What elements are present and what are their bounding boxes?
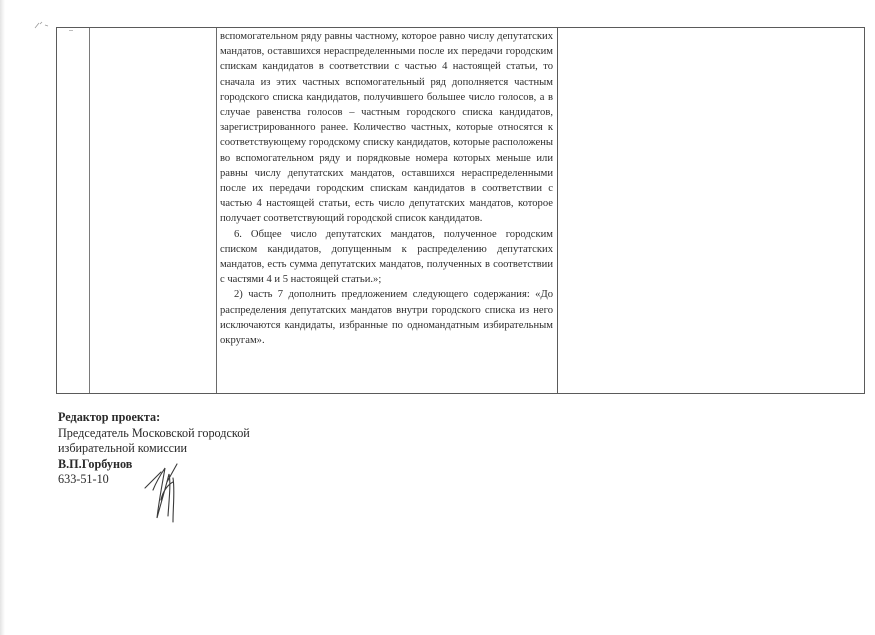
table-column-current-text	[90, 28, 217, 393]
editor-heading: Редактор проекта:	[58, 410, 250, 426]
pencil-mark-icon	[34, 20, 54, 30]
scan-edge-shadow	[0, 0, 5, 635]
document-table: вспомогательном ряду равны частному, кот…	[56, 27, 865, 394]
position-line-1: Председатель Московской городской	[58, 426, 250, 442]
paragraph-amendment-2: 2) часть 7 дополнить предложением следую…	[220, 287, 553, 348]
scan-speck	[69, 30, 73, 31]
signature-icon	[143, 460, 193, 526]
position-line-2: избирательной комиссии	[58, 441, 250, 457]
paragraph-part-6: 6. Общее число депутатских мандатов, пол…	[220, 227, 553, 288]
proposed-text-body: вспомогательном ряду равны частному, кот…	[220, 29, 553, 348]
table-column-number	[57, 28, 90, 393]
table-column-proposed-text: вспомогательном ряду равны частному, кот…	[217, 28, 558, 393]
table-column-notes	[558, 28, 864, 393]
paragraph-method: вспомогательном ряду равны частному, кот…	[220, 29, 553, 227]
